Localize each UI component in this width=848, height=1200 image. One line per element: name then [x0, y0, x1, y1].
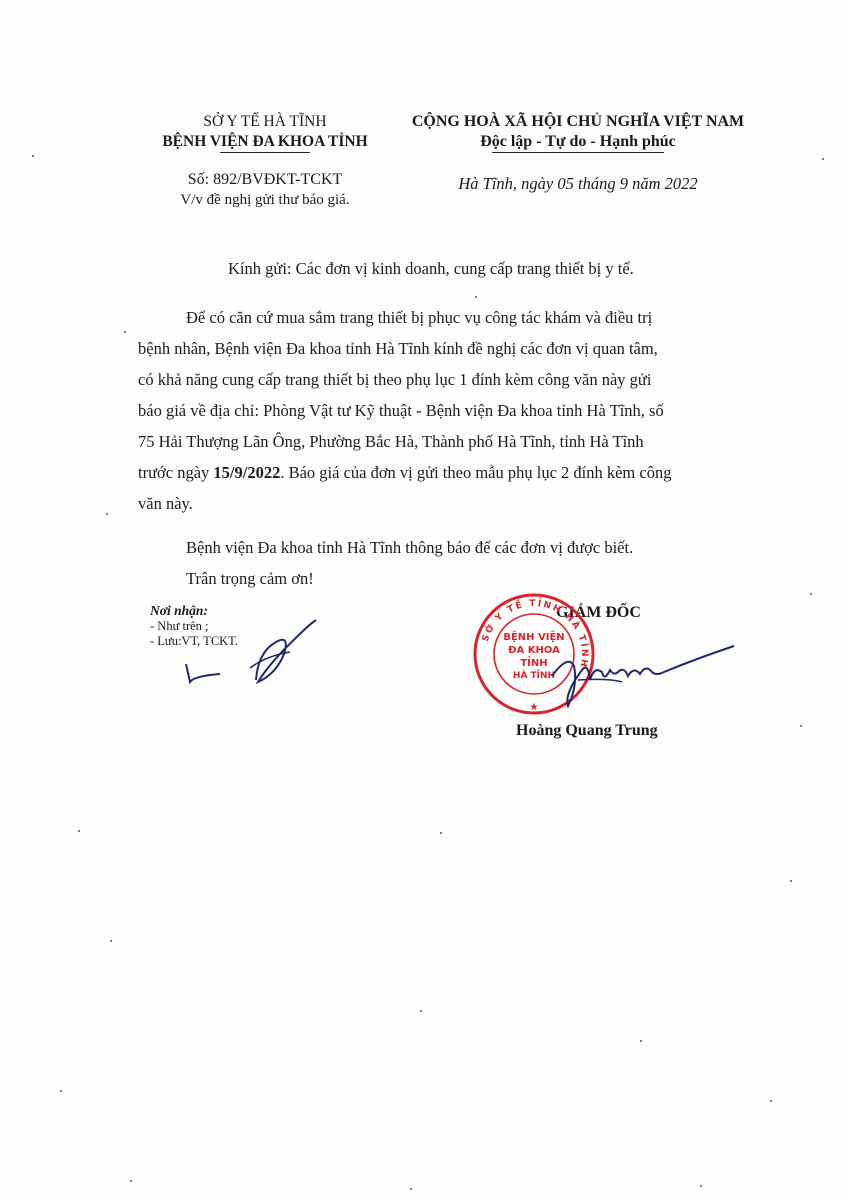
- deadline-line: trước ngày 15/9/2022. Báo giá của đơn vị…: [138, 457, 770, 488]
- paragraph-line: Để có căn cứ mua sắm trang thiết bị phục…: [138, 302, 770, 333]
- scan-speck: [420, 1010, 422, 1012]
- initials-signature-icon: [180, 612, 320, 692]
- national-motto: Độc lập - Tự do - Hạnh phúc: [378, 132, 778, 152]
- scan-speck: [800, 725, 802, 727]
- paragraph-line: có khả năng cung cấp trang thiết bị theo…: [138, 364, 770, 395]
- deadline-date: 15/9/2022: [213, 463, 280, 482]
- scan-speck: [700, 1185, 702, 1187]
- director-signature-icon: [548, 636, 738, 716]
- motto-underline: [492, 152, 664, 153]
- paragraph-line: báo giá về địa chỉ: Phòng Vật tư Kỹ thuậ…: [138, 395, 770, 426]
- salutation: Kính gửi: Các đơn vị kinh doanh, cung cấ…: [228, 253, 634, 284]
- scan-speck: [410, 1188, 412, 1190]
- body-paragraph-main: Để có căn cứ mua sắm trang thiết bị phục…: [138, 302, 770, 519]
- scan-speck: [440, 832, 442, 834]
- paragraph-line: 75 Hải Thượng Lãn Ông, Phường Bắc Hà, Th…: [138, 426, 770, 457]
- svg-text:TỈNH: TỈNH: [520, 655, 547, 669]
- scan-speck: [32, 155, 34, 157]
- scan-speck: [130, 1180, 132, 1182]
- scan-speck: [124, 331, 126, 333]
- country-name: CỘNG HOÀ XÃ HỘI CHỦ NGHĨA VIỆT NAM: [378, 112, 778, 132]
- place-and-date: Hà Tĩnh, ngày 05 tháng 9 năm 2022: [378, 174, 778, 194]
- department-name: SỞ Y TẾ HÀ TĨNH: [120, 112, 410, 132]
- issuing-agency-block: SỞ Y TẾ HÀ TĨNH BỆNH VIỆN ĐA KHOA TỈNH S…: [120, 112, 410, 210]
- closing-thanks: Trân trọng cảm ơn!: [186, 563, 314, 594]
- scan-speck: [106, 513, 108, 515]
- scan-speck: [475, 296, 477, 298]
- document-number: Số: 892/BVĐKT-TCKT: [120, 170, 410, 190]
- scan-speck: [60, 1090, 62, 1092]
- signer-name: Hoàng Quang Trung: [516, 722, 658, 740]
- scan-speck: [822, 158, 824, 160]
- scan-speck: [790, 880, 792, 882]
- notice-paragraph: Bệnh viện Đa khoa tỉnh Hà Tĩnh thông báo…: [186, 532, 633, 563]
- paragraph-line: văn này.: [138, 488, 770, 519]
- scan-speck: [78, 830, 80, 832]
- scan-speck: [640, 1040, 642, 1042]
- national-header-block: CỘNG HOÀ XÃ HỘI CHỦ NGHĨA VIỆT NAM Độc l…: [378, 112, 778, 194]
- paragraph-line: bệnh nhân, Bệnh viện Đa khoa tỉnh Hà Tĩn…: [138, 333, 770, 364]
- organization-underline: [220, 152, 310, 153]
- scan-speck: [810, 593, 812, 595]
- document-subject: V/v đề nghị gửi thư báo giá.: [120, 190, 410, 210]
- scan-speck: [770, 1100, 772, 1102]
- organization-name: BỆNH VIỆN ĐA KHOA TỈNH: [120, 132, 410, 152]
- svg-text:★: ★: [530, 702, 539, 713]
- scan-speck: [110, 940, 112, 942]
